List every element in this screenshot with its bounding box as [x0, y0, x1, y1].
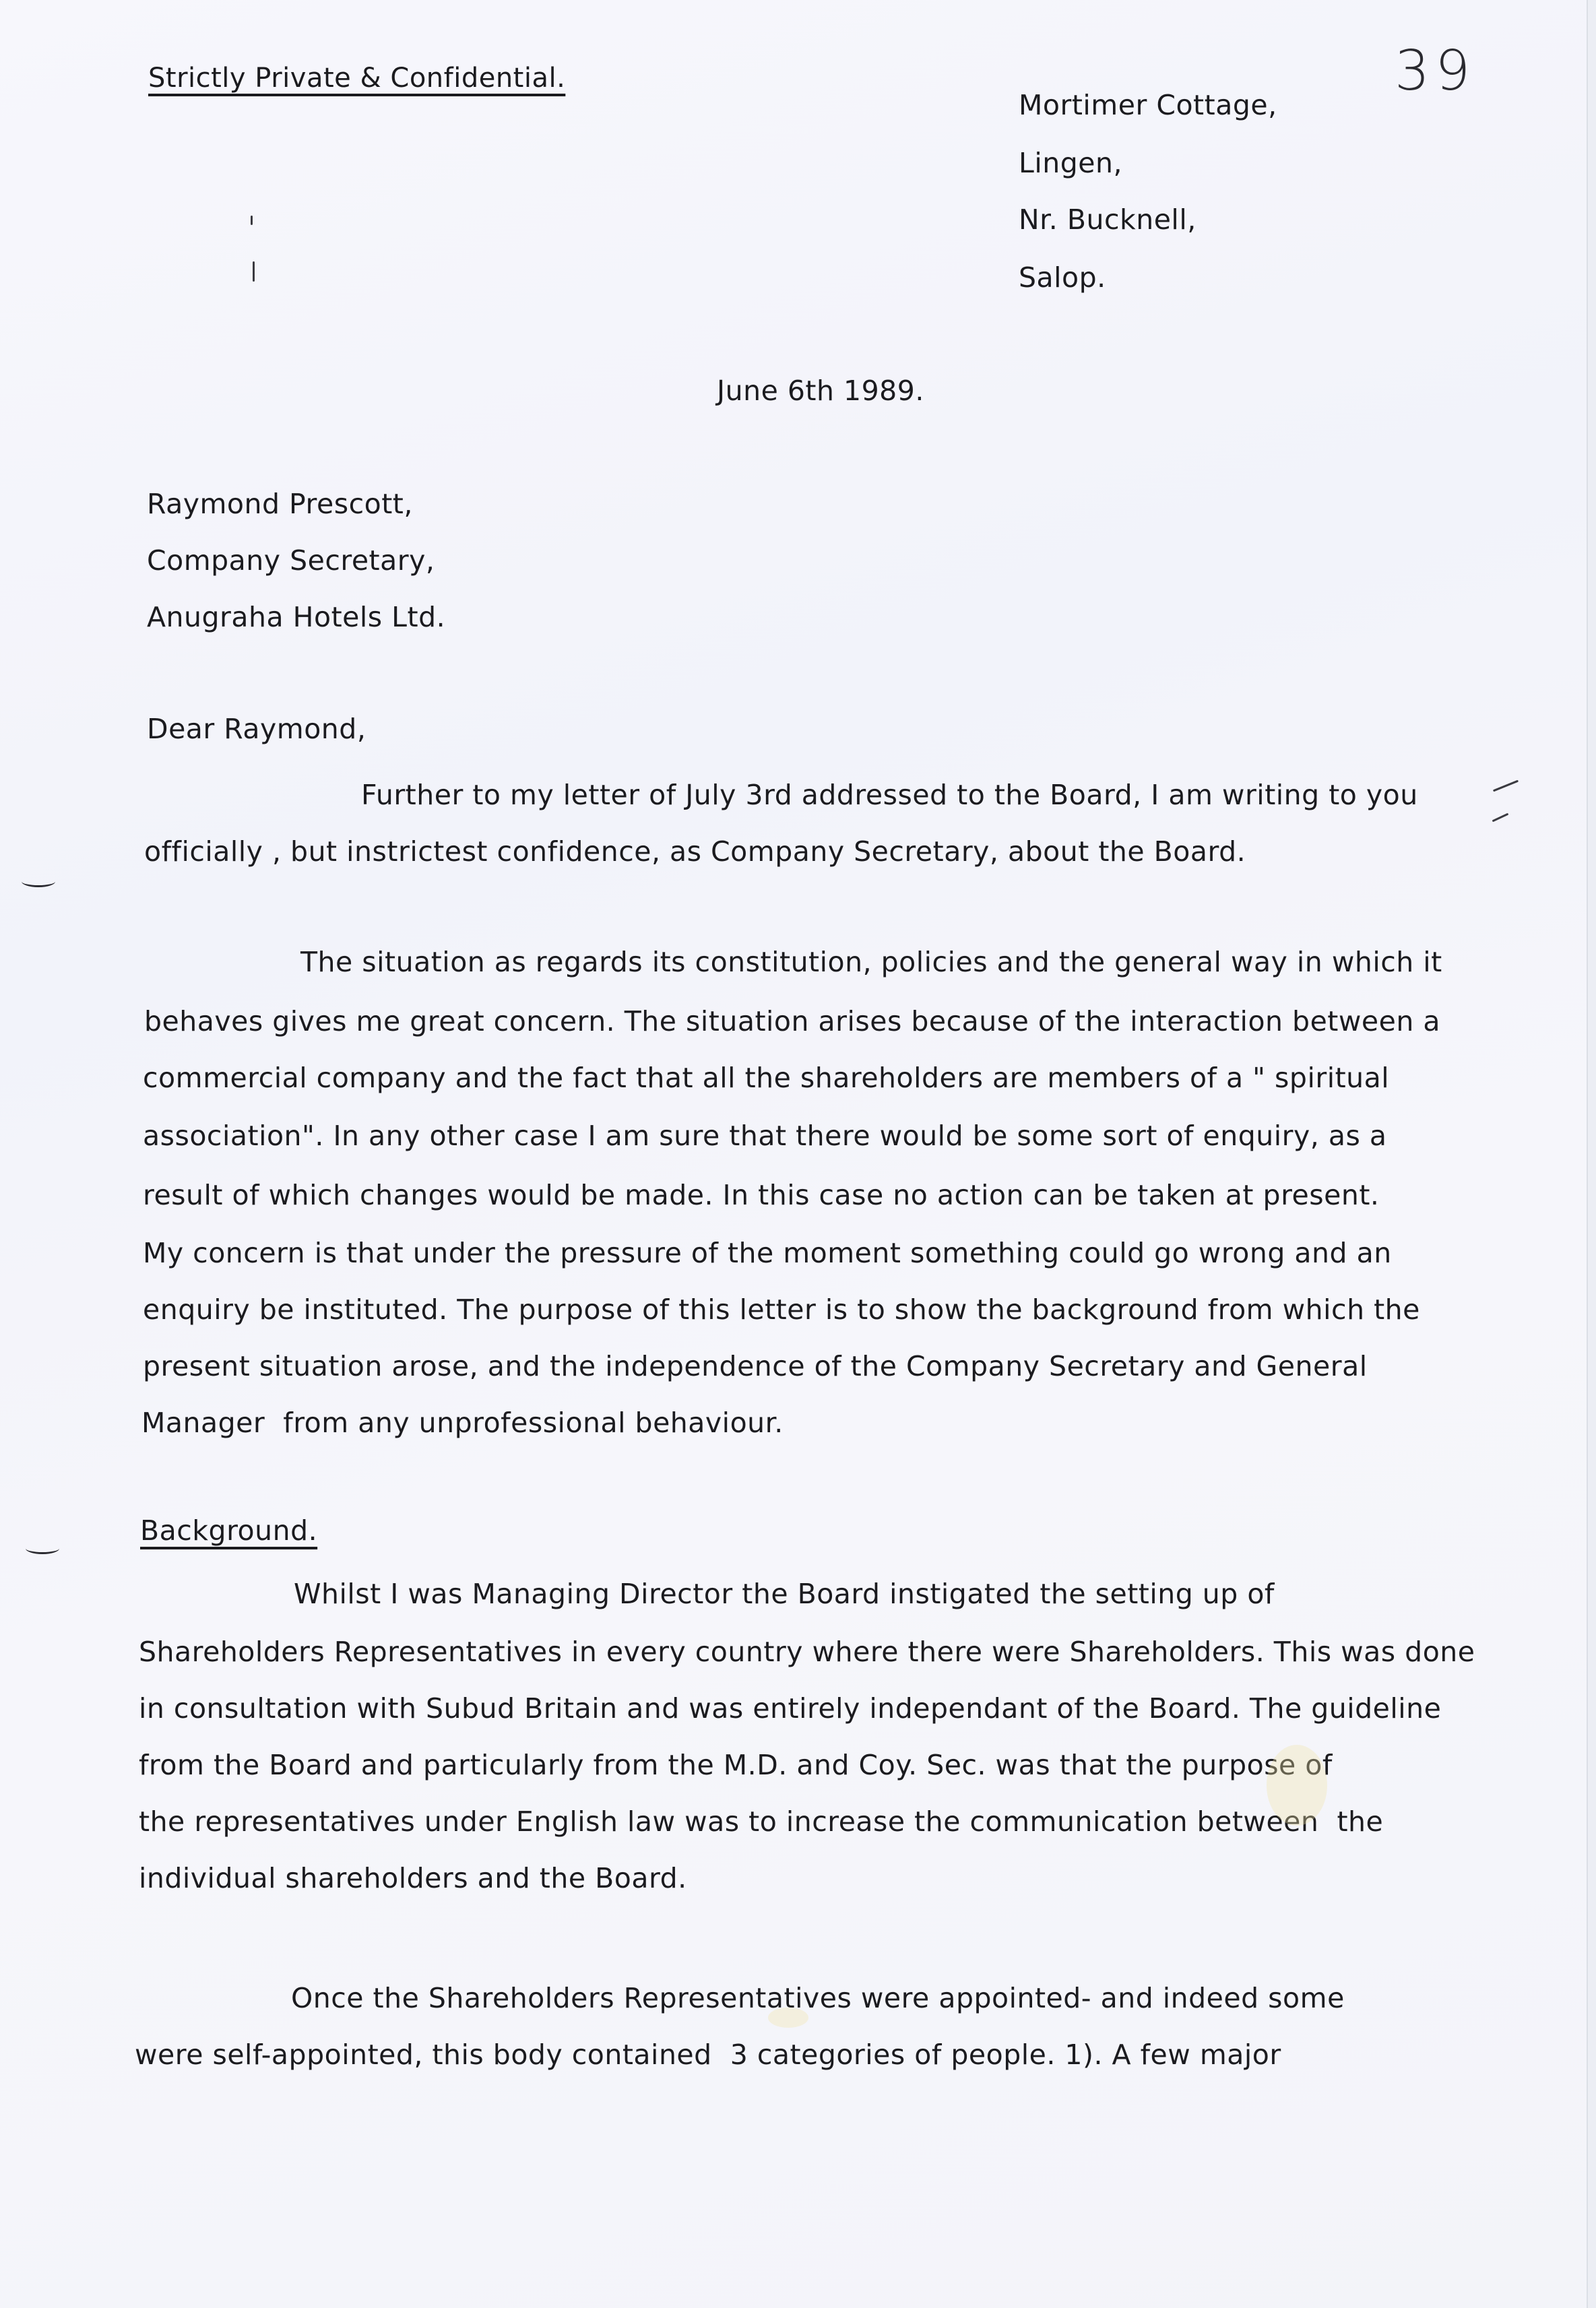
- paragraph-line: The situation as regards its constitutio…: [300, 949, 1442, 976]
- paragraph-line: Manager from any unprofessional behaviou…: [141, 1409, 784, 1437]
- scan-speck: [1492, 813, 1509, 823]
- paragraph-line: the representatives under English law wa…: [139, 1808, 1383, 1836]
- section-heading-background: Background.: [140, 1517, 317, 1545]
- recipient-line: Raymond Prescott,: [147, 490, 413, 518]
- paragraph-line: enquiry be instituted. The purpose of th…: [143, 1296, 1420, 1324]
- page-number: 39: [1395, 39, 1475, 103]
- paragraph-line: result of which changes would be made. I…: [143, 1182, 1379, 1209]
- scan-speck: [253, 261, 255, 282]
- paragraph-line: commercial company and the fact that all…: [143, 1064, 1389, 1092]
- paragraph-line: Shareholders Representatives in every co…: [139, 1638, 1475, 1666]
- letter-page: 39 Strictly Private & Confidential. Mort…: [0, 0, 1587, 2308]
- address-line: Nr. Bucknell,: [1019, 206, 1196, 234]
- address-line: Mortimer Cottage,: [1019, 92, 1277, 119]
- punch-hole-mark: [26, 1543, 59, 1554]
- paper-stain: [1267, 1745, 1327, 1826]
- recipient-line: Company Secretary,: [147, 547, 435, 575]
- paragraph-line: from the Board and particularly from the…: [139, 1752, 1333, 1779]
- recipient-line: Anugraha Hotels Ltd.: [147, 604, 445, 631]
- address-line: Lingen,: [1019, 150, 1122, 177]
- paragraph-line: My concern is that under the pressure of…: [143, 1240, 1392, 1267]
- address-line: Salop.: [1019, 264, 1106, 292]
- paragraph-line: behaves gives me great concern. The situ…: [144, 1008, 1440, 1035]
- letter-date: June 6th 1989.: [717, 377, 924, 405]
- paragraph-line: Whilst I was Managing Director the Board…: [294, 1580, 1275, 1608]
- scan-speck: [251, 216, 253, 225]
- punch-hole-mark: [22, 876, 55, 887]
- paragraph-line: Once the Shareholders Representatives we…: [291, 1985, 1345, 2012]
- paper-edge: [1587, 0, 1596, 2308]
- paragraph-line: Further to my letter of July 3rd address…: [361, 781, 1418, 809]
- paragraph-line: were self-appointed, this body contained…: [135, 2041, 1281, 2069]
- scan-speck: [1493, 780, 1519, 792]
- paragraph-line: present situation arose, and the indepen…: [143, 1353, 1368, 1380]
- paragraph-line: in consultation with Subud Britain and w…: [139, 1695, 1441, 1723]
- paragraph-line: officially , but instrictest confidence,…: [144, 838, 1246, 866]
- paragraph-line: individual shareholders and the Board.: [139, 1865, 687, 1892]
- paragraph-line: association". In any other case I am sur…: [143, 1122, 1386, 1150]
- paper-stain: [768, 2008, 808, 2028]
- salutation: Dear Raymond,: [147, 715, 366, 743]
- confidentiality-heading: Strictly Private & Confidential.: [148, 65, 565, 92]
